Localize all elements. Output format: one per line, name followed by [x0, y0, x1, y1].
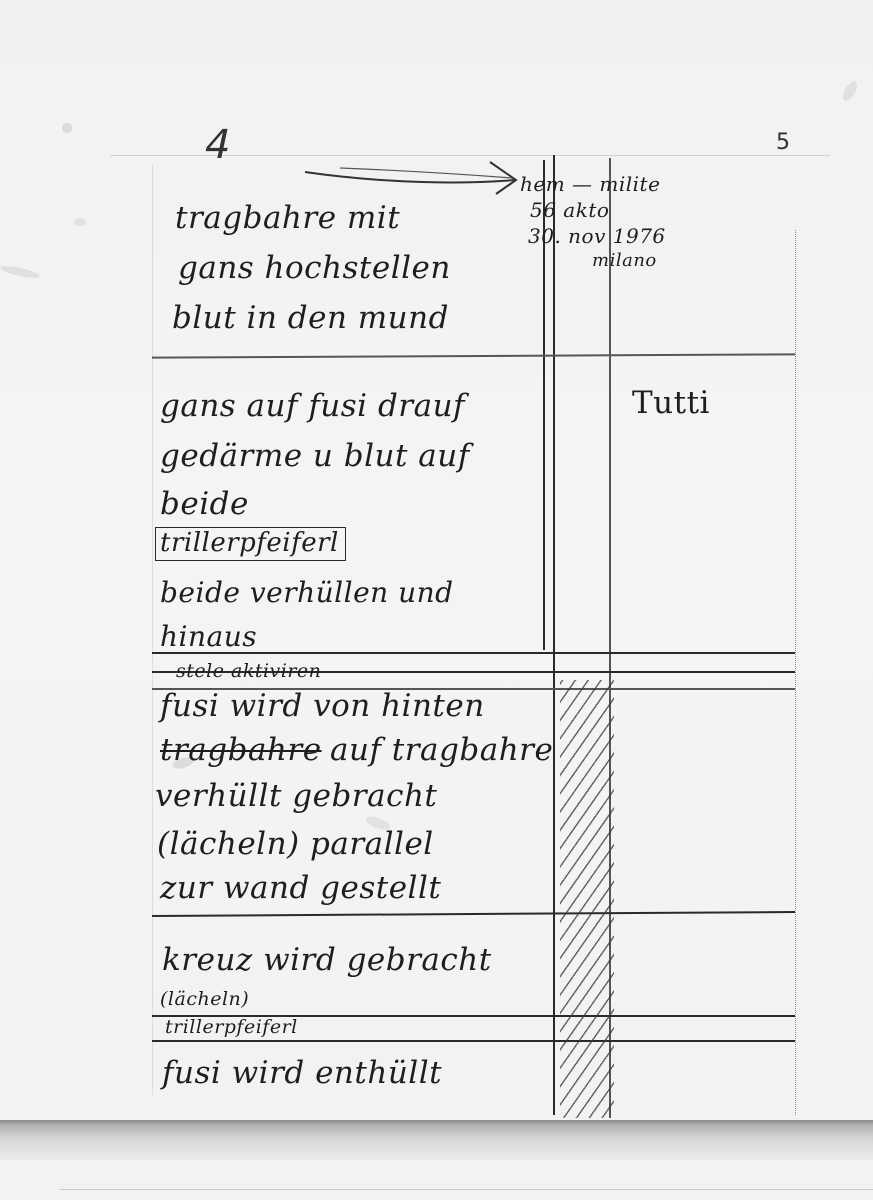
smudge: [840, 79, 860, 103]
row-divider: [152, 911, 795, 916]
action-line: beide verhüllen und: [160, 576, 454, 609]
action-line: blut in den mund: [172, 300, 449, 336]
page-fold-shadow: [0, 1120, 873, 1160]
arrow-right-icon: [300, 160, 530, 200]
header-note-line: 56 akto: [530, 198, 609, 222]
action-line: (lächeln): [160, 988, 249, 1010]
action-line: gedärme u blut auf: [160, 438, 470, 474]
action-line: kreuz wird gebracht: [162, 942, 492, 978]
action-line: hinaus: [160, 620, 257, 653]
action-line: auf tragbahre: [330, 732, 553, 768]
hatched-column: [560, 680, 614, 1118]
right-column-note: Tutti: [632, 385, 710, 421]
page-number-left: 4: [200, 122, 235, 168]
sheet-left-edge: [152, 165, 153, 1095]
action-line: fusi wird enthüllt: [162, 1055, 442, 1091]
action-line: trillerpfeiferl: [165, 1016, 298, 1038]
smudge: [62, 123, 72, 133]
scanned-page: 4 5 hem — milite 56 akto 30. nov 1976 mi…: [0, 0, 873, 1200]
smudge: [0, 264, 40, 280]
sheet-bottom-edge: [60, 1189, 873, 1190]
page-number-right: 5: [776, 130, 790, 155]
action-line: stele aktiviren: [176, 660, 321, 682]
column-divider: [553, 155, 555, 1115]
header-note-line: hem — milite: [520, 172, 660, 196]
header-note-line: 30. nov 1976: [528, 224, 666, 248]
struck-action-line: tragbahre: [160, 732, 322, 768]
action-line: tragbahre mit: [175, 200, 400, 236]
header-note-line: milano: [592, 250, 657, 271]
action-line: verhüllt gebracht: [155, 778, 437, 814]
action-line: gans auf fusi drauf: [160, 388, 465, 424]
boxed-action-line: trillerpfeiferl: [155, 527, 346, 561]
row-divider: [152, 1040, 795, 1042]
smudge: [74, 218, 86, 226]
action-line: gans hochstellen: [178, 250, 451, 286]
row-divider: [152, 353, 795, 358]
action-line: (lächeln) parallel: [157, 826, 434, 862]
action-line: fusi wird von hinten: [160, 688, 485, 724]
right-page-edge: [795, 230, 796, 1115]
action-line: zur wand gestellt: [160, 870, 441, 906]
action-line: beide: [160, 486, 249, 522]
